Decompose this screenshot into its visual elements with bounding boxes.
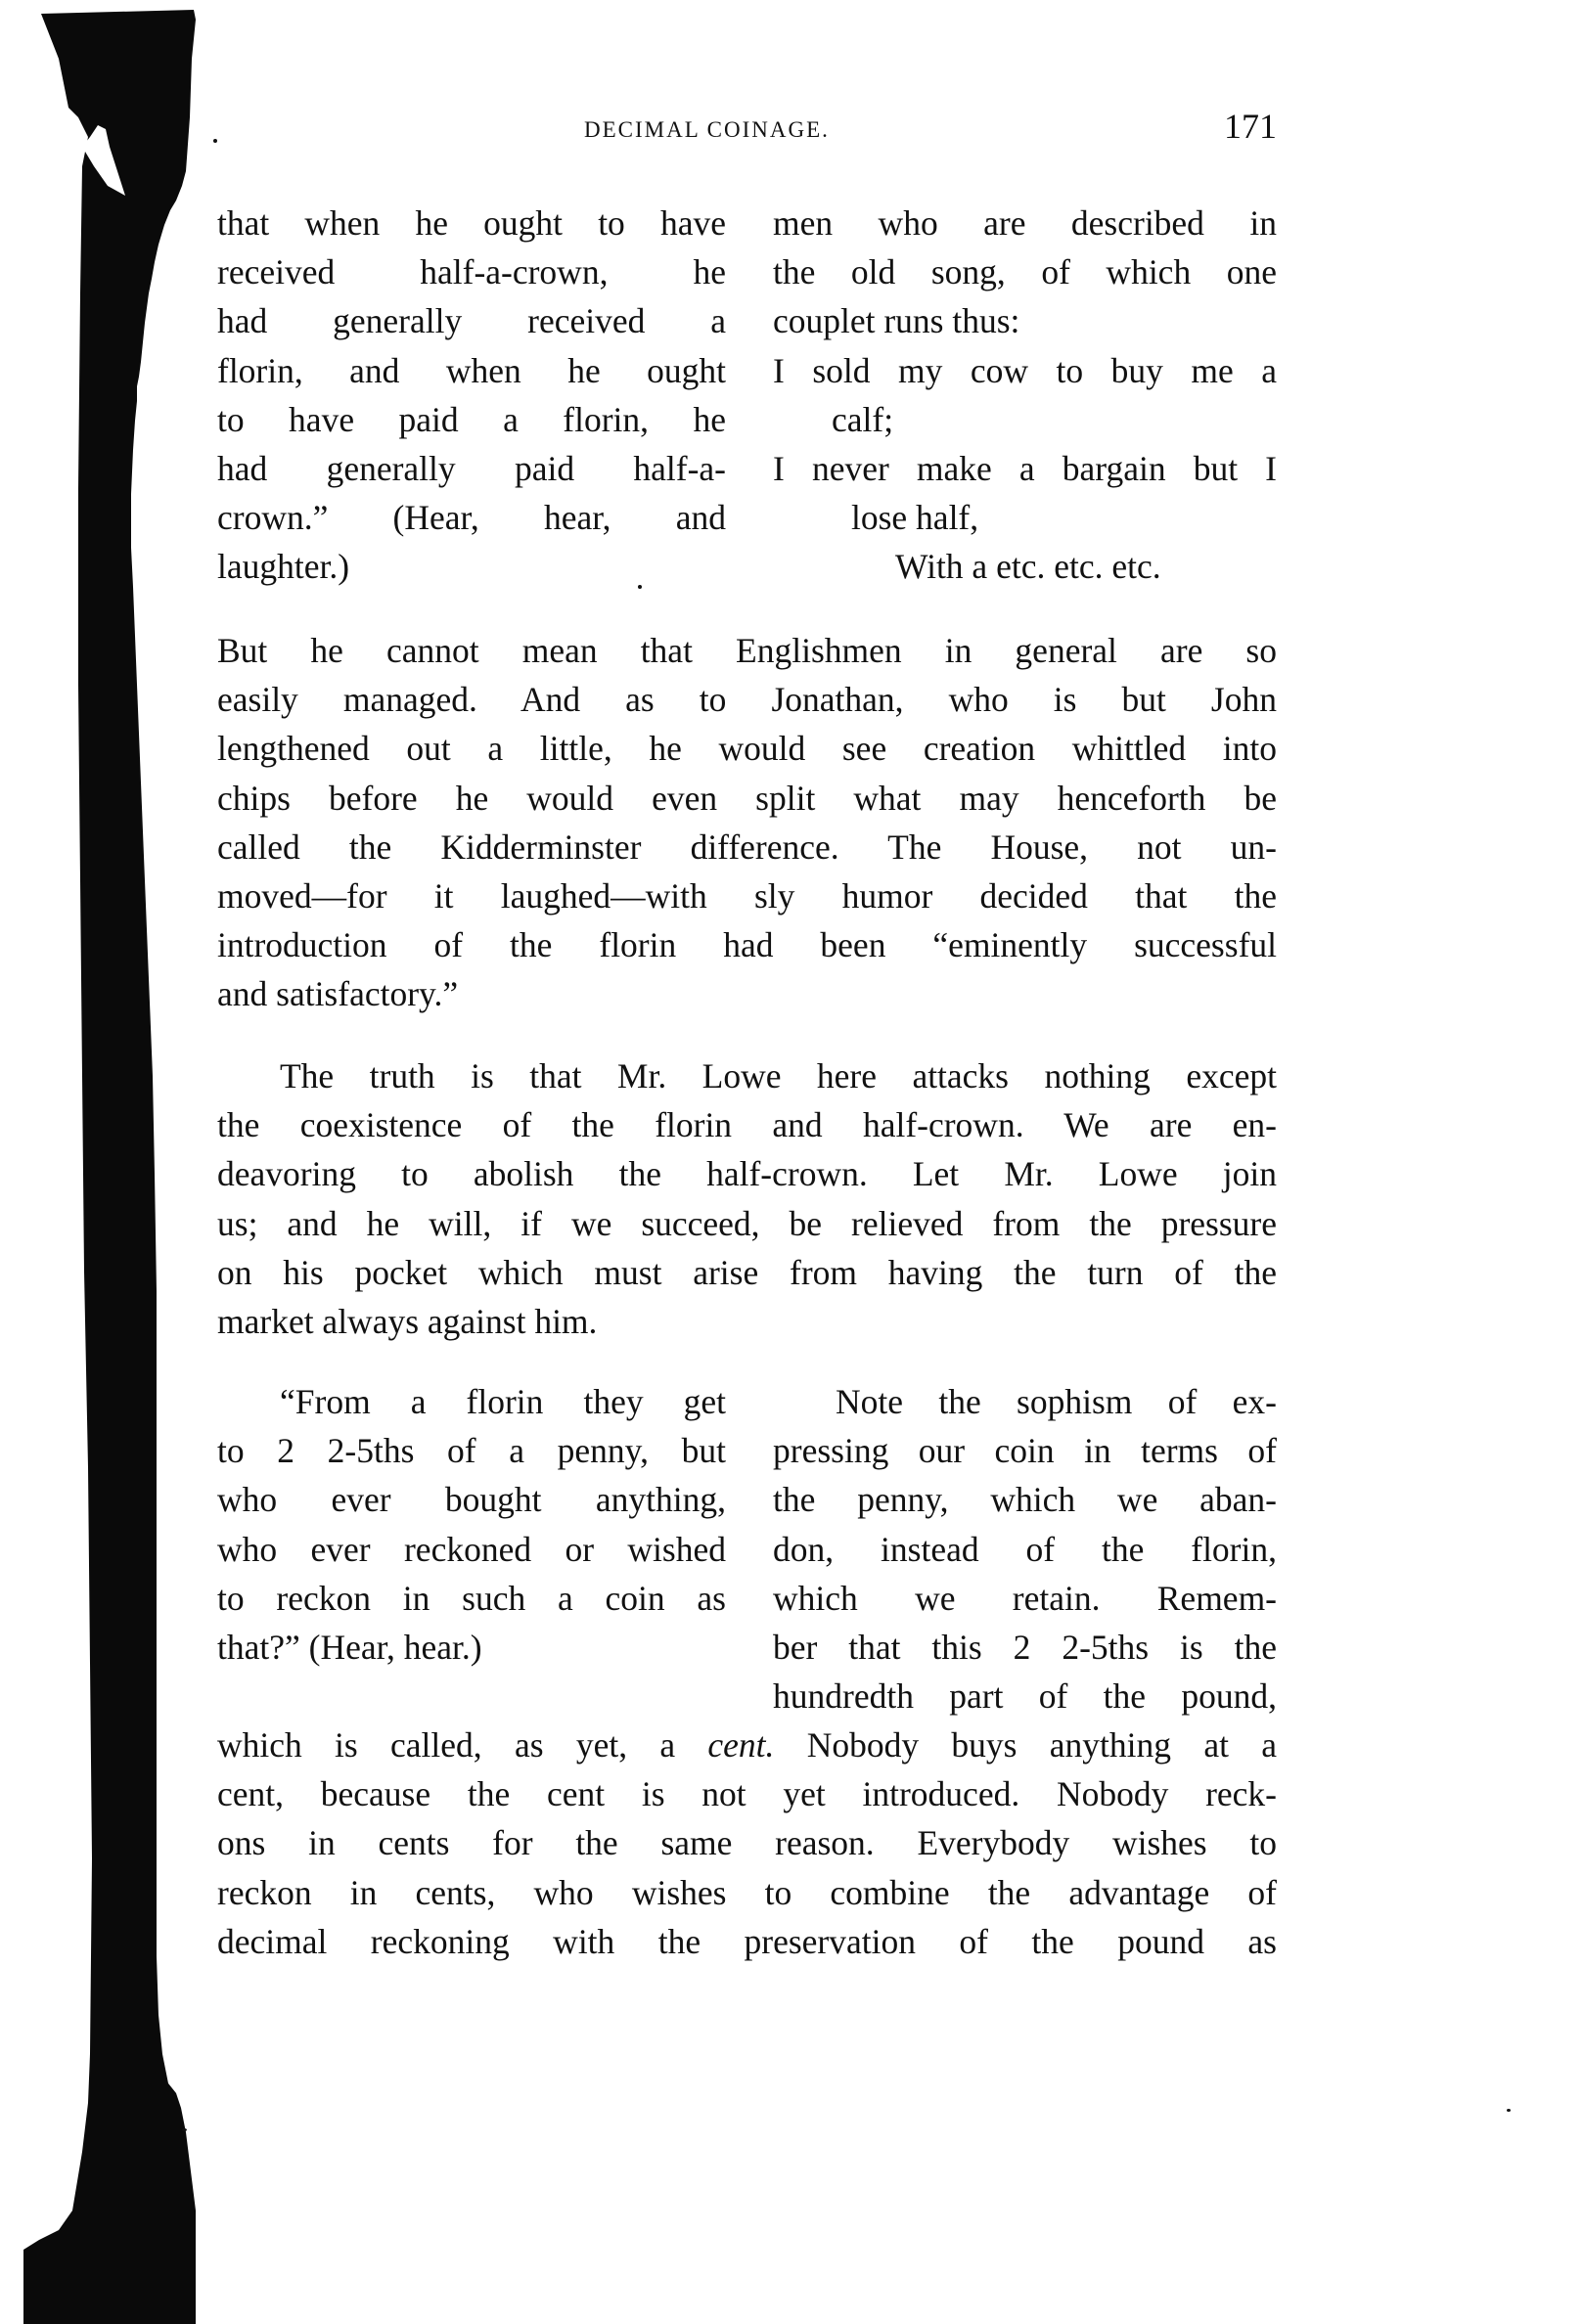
text-line: easily managed. And as to Jonathan, who … xyxy=(217,675,1277,724)
text-line: to reckon in such a coin as xyxy=(217,1574,726,1623)
text-line: lengthened out a little, he would see cr… xyxy=(217,724,1277,773)
text-line: who ever reckoned or wished xyxy=(217,1525,726,1574)
text-line: had generally received a xyxy=(217,296,726,345)
running-title: DECIMAL COINAGE. xyxy=(584,117,830,143)
text-line: received half-a-crown, he xyxy=(217,247,726,296)
verse-line: I never make a bargain but I xyxy=(773,444,1277,493)
text-line: the coexistence of the florin and half-c… xyxy=(217,1100,1277,1149)
text-line: decimal reckoning with the preservation … xyxy=(217,1917,1277,1966)
text-line: “From a florin they get xyxy=(217,1377,726,1426)
bottom-right-column: Note the sophism of ex- pressing our coi… xyxy=(773,1377,1277,1721)
text-run: which is called, as yet, a xyxy=(217,1725,707,1765)
text-line: that?” (Hear, hear.) xyxy=(217,1623,726,1672)
text-line: which is called, as yet, a cent. Nobody … xyxy=(217,1721,1277,1769)
page-number: 171 xyxy=(1224,106,1277,147)
text-line: which we retain. Remem- xyxy=(773,1574,1277,1623)
text-line: who ever bought anything, xyxy=(217,1475,726,1524)
verse-line: lose half, xyxy=(773,493,1277,542)
text-line: that when he ought to have xyxy=(217,199,726,247)
text-line: to 2 2-5ths of a penny, but xyxy=(217,1426,726,1475)
text-line: the penny, which we aban- xyxy=(773,1475,1277,1524)
text-line: chips before he would even split what ma… xyxy=(217,774,1277,823)
text-line: crown.” (Hear, hear, and xyxy=(217,493,726,542)
binding-shadow-image xyxy=(0,0,196,2324)
paragraph-3: which is called, as yet, a cent. Nobody … xyxy=(217,1721,1277,1966)
bottom-left-column: “From a florin they get to 2 2-5ths of a… xyxy=(217,1377,726,1672)
text-line: introduction of the florin had been “emi… xyxy=(217,920,1277,969)
text-line: The truth is that Mr. Lowe here attacks … xyxy=(217,1051,1277,1100)
text-line: couplet runs thus: xyxy=(773,296,1277,345)
text-line: moved—for it laughed—with sly humor deci… xyxy=(217,871,1277,920)
text-line: us; and he will, if we succeed, be relie… xyxy=(217,1199,1277,1248)
verse-line: With a etc. etc. etc. xyxy=(773,542,1277,591)
ink-speck xyxy=(182,2128,187,2131)
text-run: Nobody buys anything at a xyxy=(774,1725,1277,1765)
text-line: don, instead of the florin, xyxy=(773,1525,1277,1574)
italic-term-cent: cent. xyxy=(707,1725,774,1765)
page-header: DECIMAL COINAGE. 171 xyxy=(217,106,1277,155)
text-line: pressing our coin in terms of xyxy=(773,1426,1277,1475)
text-line: hundredth part of the pound, xyxy=(773,1672,1277,1721)
text-line: florin, and when he ought xyxy=(217,346,726,395)
verse-line: calf; xyxy=(773,395,1277,444)
text-line: deavoring to abolish the half-crown. Let… xyxy=(217,1149,1277,1198)
text-line: cent, because the cent is not yet introd… xyxy=(217,1769,1277,1818)
paragraph-2: The truth is that Mr. Lowe here attacks … xyxy=(217,1051,1277,1346)
text-line: called the Kidderminster difference. The… xyxy=(217,823,1277,871)
top-left-column: that when he ought to have received half… xyxy=(217,199,726,592)
text-line: and satisfactory.” xyxy=(217,969,1277,1018)
text-line: the old song, of which one xyxy=(773,247,1277,296)
paragraph-1: But he cannot mean that Englishmen in ge… xyxy=(217,626,1277,1019)
text-line: had generally paid half-a- xyxy=(217,444,726,493)
text-line: Note the sophism of ex- xyxy=(773,1377,1277,1426)
top-right-column: men who are described in the old song, o… xyxy=(773,199,1277,592)
text-line: But he cannot mean that Englishmen in ge… xyxy=(217,626,1277,675)
ink-speck xyxy=(1507,2109,1511,2112)
text-line: ber that this 2 2-5ths is the xyxy=(773,1623,1277,1672)
text-line: market always against him. xyxy=(217,1297,1277,1346)
text-line: laughter.) xyxy=(217,542,726,591)
text-line: men who are described in xyxy=(773,199,1277,247)
text-line: reckon in cents, who wishes to combine t… xyxy=(217,1868,1277,1917)
text-line: ons in cents for the same reason. Everyb… xyxy=(217,1818,1277,1867)
verse-line: I sold my cow to buy me a xyxy=(773,346,1277,395)
text-line: on his pocket which must arise from havi… xyxy=(217,1248,1277,1297)
text-line: to have paid a florin, he xyxy=(217,395,726,444)
